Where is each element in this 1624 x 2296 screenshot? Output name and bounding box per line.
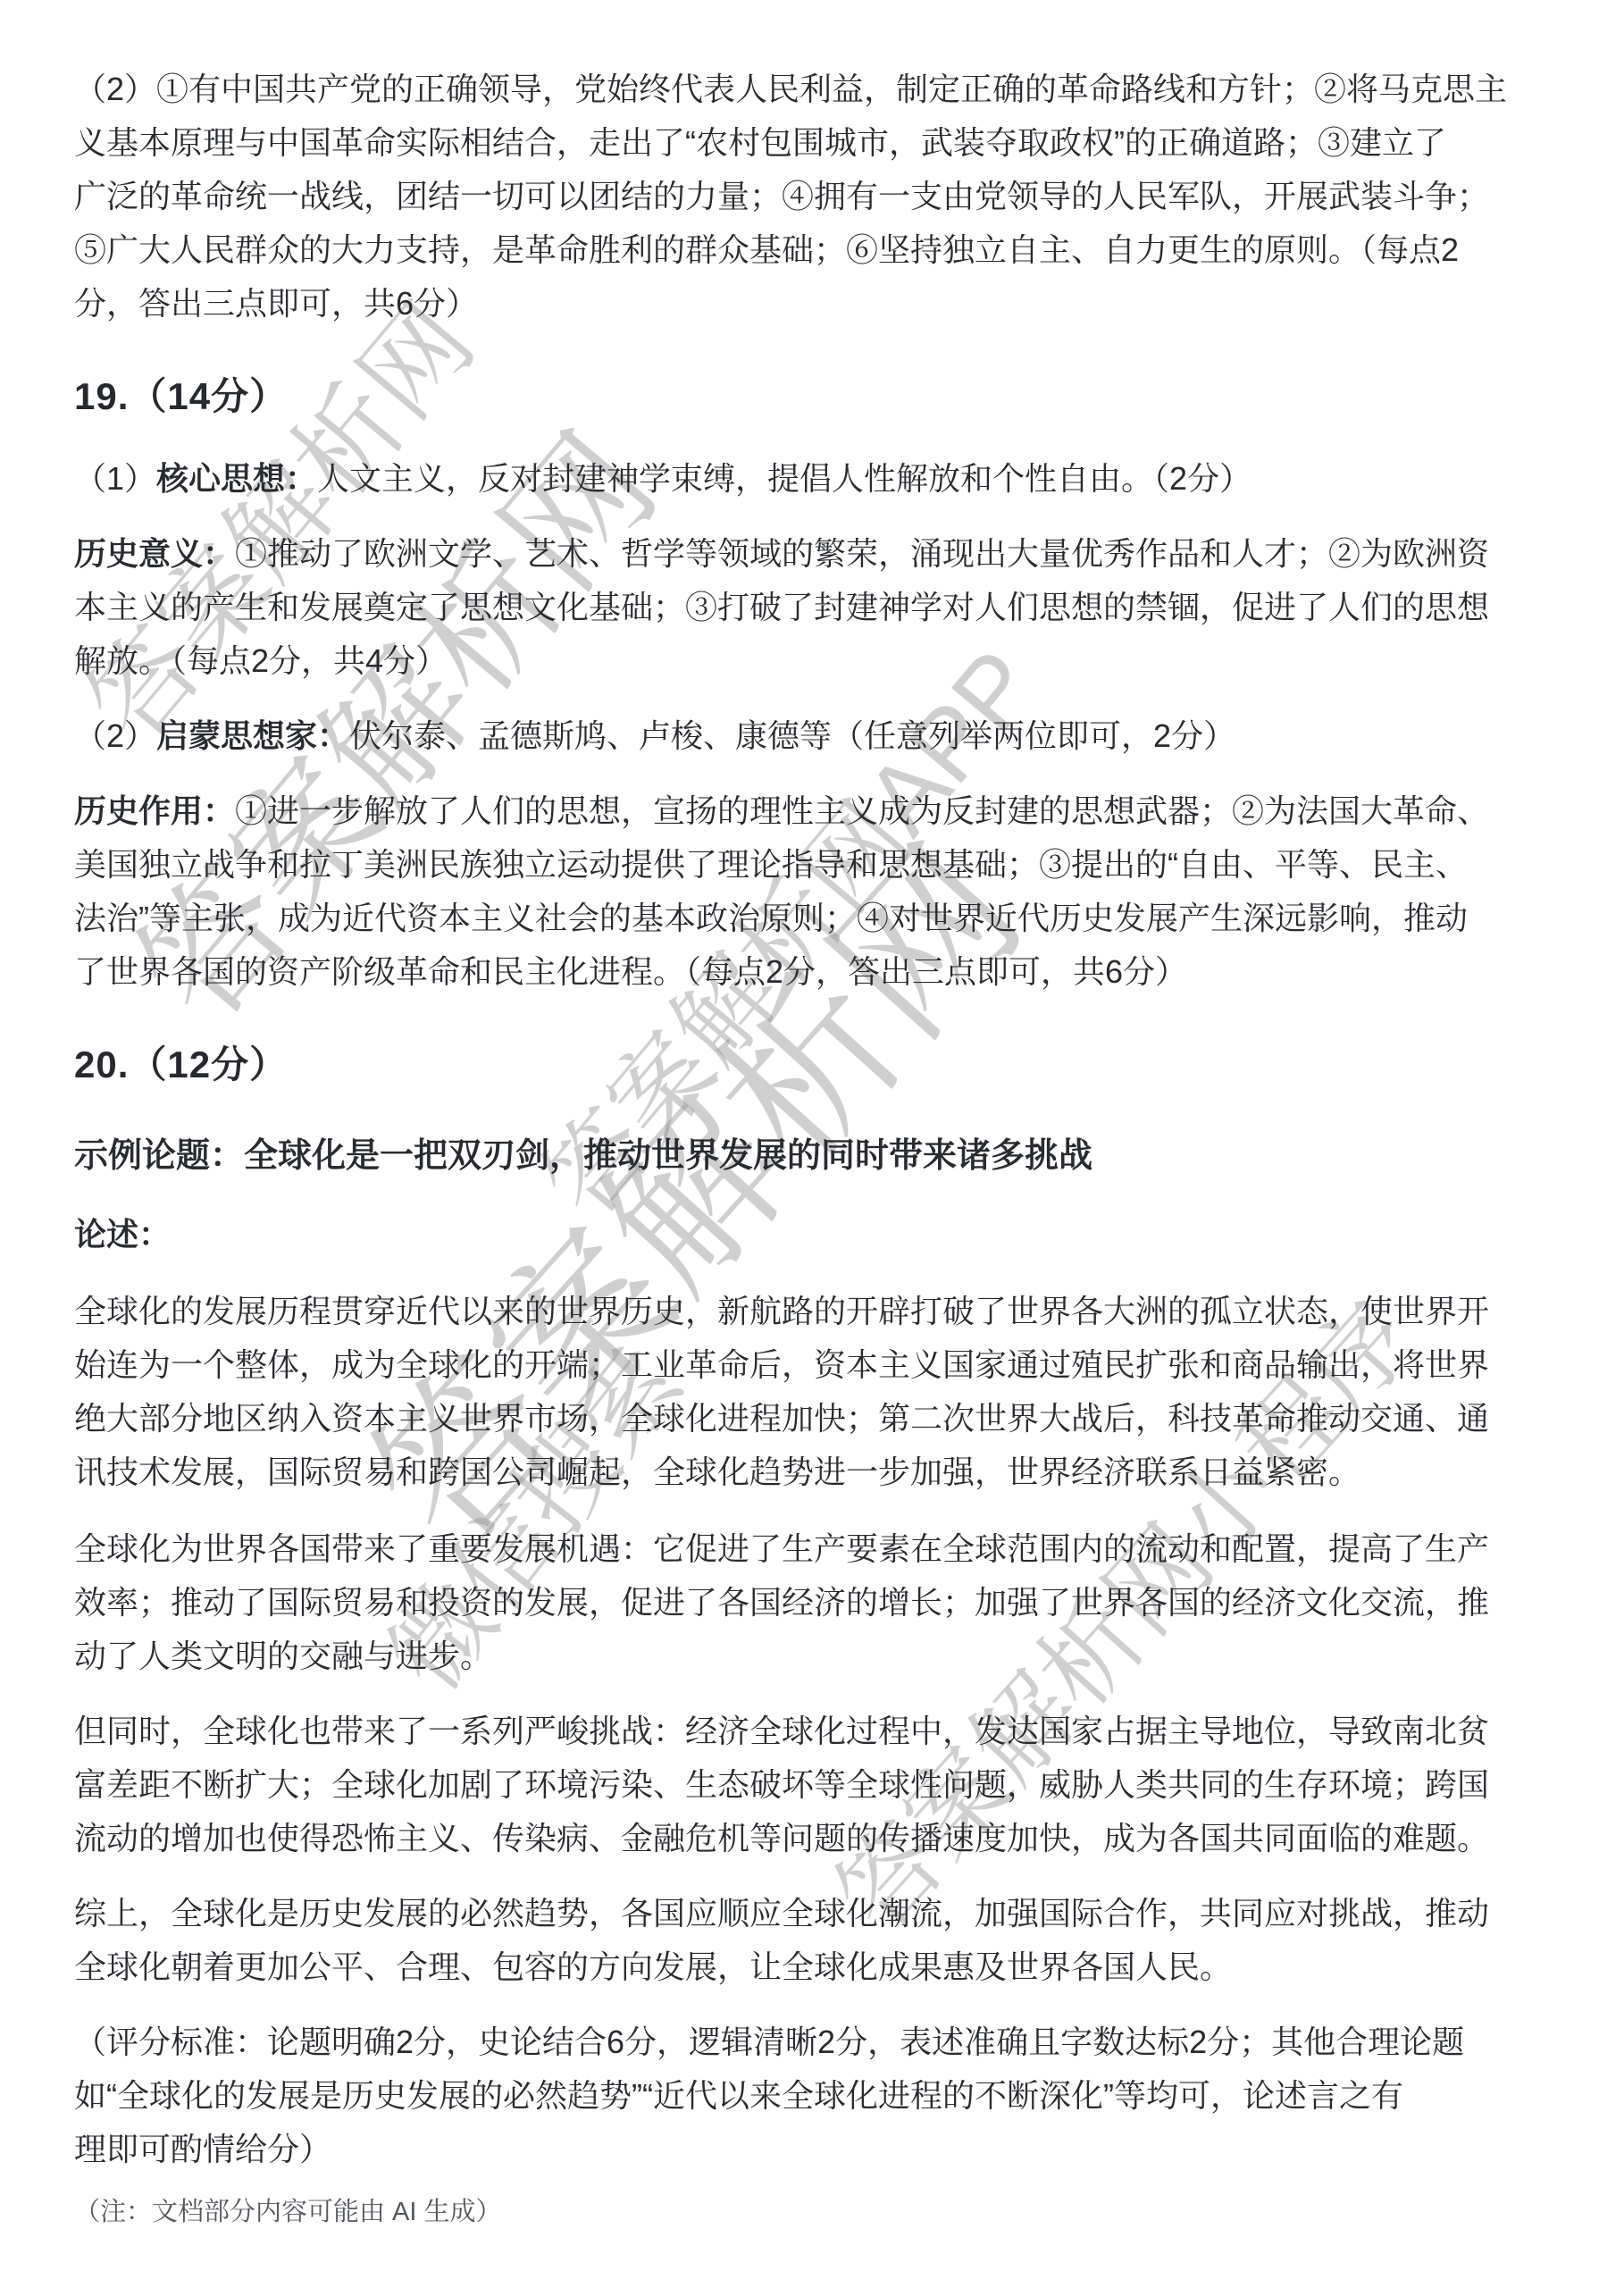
bold-label-historical-meaning: 历史意义： xyxy=(74,535,235,572)
part1-text: 人文主义，反对封建神学束缚，提倡人性解放和个性自由。（2分） xyxy=(317,460,1251,497)
text-line: 论述： xyxy=(74,1208,1588,1261)
text-line: 理即可酌情给分） xyxy=(74,2123,1588,2176)
text-line: 历史作用：①进一步解放了人们的思想，宣扬的理性主义成为反封建的思想武器；②为法国… xyxy=(74,784,1588,838)
text-line: （2）①有中国共产党的正确领导，党始终代表人民利益，制定正确的革命路线和方针；②… xyxy=(74,63,1588,116)
thesis-text: 全球化是一把双刃剑，推动世界发展的同时带来诸多挑战 xyxy=(244,1137,1092,1175)
bold-label-sample-thesis: 示例论题： xyxy=(74,1137,244,1175)
text-line: 本主义的产生和发展奠定了思想文化基础；③打破了封建神学对人们思想的禁锢，促进了人… xyxy=(74,581,1588,634)
text-line: 历史意义：①推动了欧洲文学、艺术、哲学等领域的繁荣，涌现出大量优秀作品和人才；②… xyxy=(74,527,1588,581)
text-line: （1）核心思想：人文主义，反对封建神学束缚，提倡人性解放和个性自由。（2分） xyxy=(74,452,1588,506)
q20-essay-paragraph-2: 全球化为世界各国带来了重要发展机遇：它促进了生产要素在全球范围内的流动和配置，提… xyxy=(74,1522,1588,1683)
text-line: 效率；推动了国际贸易和投资的发展，促进了各国经济的增长；加强了世界各国的经济文化… xyxy=(74,1576,1588,1630)
text-line: 动了人类文明的交融与进步。 xyxy=(74,1630,1588,1683)
text-line: 如“全球化的发展是历史发展的必然趋势”“近代以来全球化进程的不断深化”等均可，论… xyxy=(74,2069,1588,2123)
text-line: 全球化朝着更加公平、合理、包容的方向发展，让全球化成果惠及世界各国人民。 xyxy=(74,1940,1588,1994)
bold-label-historical-effect: 历史作用： xyxy=(74,792,235,829)
q20-essay-paragraph-4: 综上，全球化是历史发展的必然趋势，各国应顺应全球化潮流，加强国际合作，共同应对挑… xyxy=(74,1887,1588,1994)
q20-discussion-label: 论述： xyxy=(74,1208,1588,1261)
part2-text: 伏尔泰、孟德斯鸠、卢梭、康德等（任意列举两位即可，2分） xyxy=(349,717,1235,754)
text-line: 示例论题：全球化是一把双刃剑，推动世界发展的同时带来诸多挑战 xyxy=(74,1127,1588,1185)
text-line: 但同时，全球化也带来了一系列严峻挑战：经济全球化过程中，发达国家占据主导地位，导… xyxy=(74,1705,1588,1758)
text-line: 美国独立战争和拉丁美洲民族独立运动提供了理论指导和思想基础；③提出的“自由、平等… xyxy=(74,838,1588,892)
text-line: 全球化的发展历程贯穿近代以来的世界历史，新航路的开辟打破了世界各大洲的孤立状态，… xyxy=(74,1285,1588,1338)
effect-line-1: ①进一步解放了人们的思想，宣扬的理性主义成为反封建的思想武器；②为法国大革命、 xyxy=(235,792,1489,829)
q19-part2-paragraph: （2）启蒙思想家：伏尔泰、孟德斯鸠、卢梭、康德等（任意列举两位即可，2分） xyxy=(74,709,1588,763)
q20-rubric-paragraph: （评分标准：论题明确2分，史论结合6分，逻辑清晰2分，表述准确且字数达标2分；其… xyxy=(74,2015,1588,2176)
text-line: 富差距不断扩大；全球化加剧了环境污染、生态破坏等全球性问题，威胁人类共同的生存环… xyxy=(74,1758,1588,1812)
q19-historical-meaning-paragraph: 历史意义：①推动了欧洲文学、艺术、哲学等领域的繁荣，涌现出大量优秀作品和人才；②… xyxy=(74,527,1588,688)
text-line: 讯技术发展，国际贸易和跨国公司崛起，全球化趋势进一步加强，世界经济联系日益紧密。 xyxy=(74,1445,1588,1499)
text-line: （评分标准：论题明确2分，史论结合6分，逻辑清晰2分，表述准确且字数达标2分；其… xyxy=(74,2015,1588,2069)
ai-generated-footnote: （注：文档部分内容可能由 AI 生成） xyxy=(74,2192,1588,2232)
part-number: （1） xyxy=(74,460,156,497)
bold-label-core-idea: 核心思想： xyxy=(156,460,317,497)
text-line: 法治”等主张，成为近代资本主义社会的基本政治原则；④对世界近代历史发展产生深远影… xyxy=(74,892,1588,945)
text-line: 绝大部分地区纳入资本主义世界市场，全球化进程加快；第二次世界大战后，科技革命推动… xyxy=(74,1392,1588,1445)
text-line: 综上，全球化是历史发展的必然趋势，各国应顺应全球化潮流，加强国际合作，共同应对挑… xyxy=(74,1887,1588,1940)
text-line: 分，答出三点即可，共6分） xyxy=(74,277,1588,331)
document-content: （2）①有中国共产党的正确领导，党始终代表人民利益，制定正确的革命路线和方针；②… xyxy=(0,0,1624,2232)
text-line: ⑤广大人民群众的大力支持，是革命胜利的群众基础；⑥坚持独立自主、自力更生的原则。… xyxy=(74,223,1588,277)
text-line: 义基本原理与中国革命实际相结合，走出了“农村包围城市，武装夺取政权”的正确道路；… xyxy=(74,116,1588,170)
text-line: 广泛的革命统一战线，团结一切可以团结的力量；④拥有一支由党领导的人民军队，开展武… xyxy=(74,170,1588,223)
text-line: 流动的增加也使得恐怖主义、传染病、金融危机等问题的传播速度加快，成为各国共同面临… xyxy=(74,1812,1588,1865)
text-line: 了世界各国的资产阶级革命和民主化进程。（每点2分，答出三点即可，共6分） xyxy=(74,945,1588,999)
answer-18-2-paragraph: （2）①有中国共产党的正确领导，党始终代表人民利益，制定正确的革命路线和方针；②… xyxy=(74,63,1588,331)
q20-essay-paragraph-3: 但同时，全球化也带来了一系列严峻挑战：经济全球化过程中，发达国家占据主导地位，导… xyxy=(74,1705,1588,1865)
text-line: 始连为一个整体，成为全球化的开端；工业革命后，资本主义国家通过殖民扩张和商品输出… xyxy=(74,1338,1588,1392)
bold-label-discussion: 论述： xyxy=(74,1216,171,1253)
question-19-heading: 19.（14分） xyxy=(74,366,1588,427)
q19-historical-effect-paragraph: 历史作用：①进一步解放了人们的思想，宣扬的理性主义成为反封建的思想武器；②为法国… xyxy=(74,784,1588,999)
document-page: 答案解析网答案解析网答案解析网APP答案解析网微信搜索答案解析网小程序 （2）①… xyxy=(0,0,1624,2296)
q20-thesis-line: 示例论题：全球化是一把双刃剑，推动世界发展的同时带来诸多挑战 xyxy=(74,1127,1588,1185)
question-20-heading: 20.（12分） xyxy=(74,1035,1588,1095)
q20-essay-paragraph-1: 全球化的发展历程贯穿近代以来的世界历史，新航路的开辟打破了世界各大洲的孤立状态，… xyxy=(74,1285,1588,1499)
text-line: 全球化为世界各国带来了重要发展机遇：它促进了生产要素在全球范围内的流动和配置，提… xyxy=(74,1522,1588,1576)
text-line: 解放。（每点2分，共4分） xyxy=(74,634,1588,688)
q19-part1-paragraph: （1）核心思想：人文主义，反对封建神学束缚，提倡人性解放和个性自由。（2分） xyxy=(74,452,1588,506)
text-line: （2）启蒙思想家：伏尔泰、孟德斯鸠、卢梭、康德等（任意列举两位即可，2分） xyxy=(74,709,1588,763)
bold-label-enlightenment-thinkers: 启蒙思想家： xyxy=(156,717,349,754)
part-number: （2） xyxy=(74,717,156,754)
meaning-line-1: ①推动了欧洲文学、艺术、哲学等领域的繁荣，涌现出大量优秀作品和人才；②为欧洲资 xyxy=(235,535,1489,572)
